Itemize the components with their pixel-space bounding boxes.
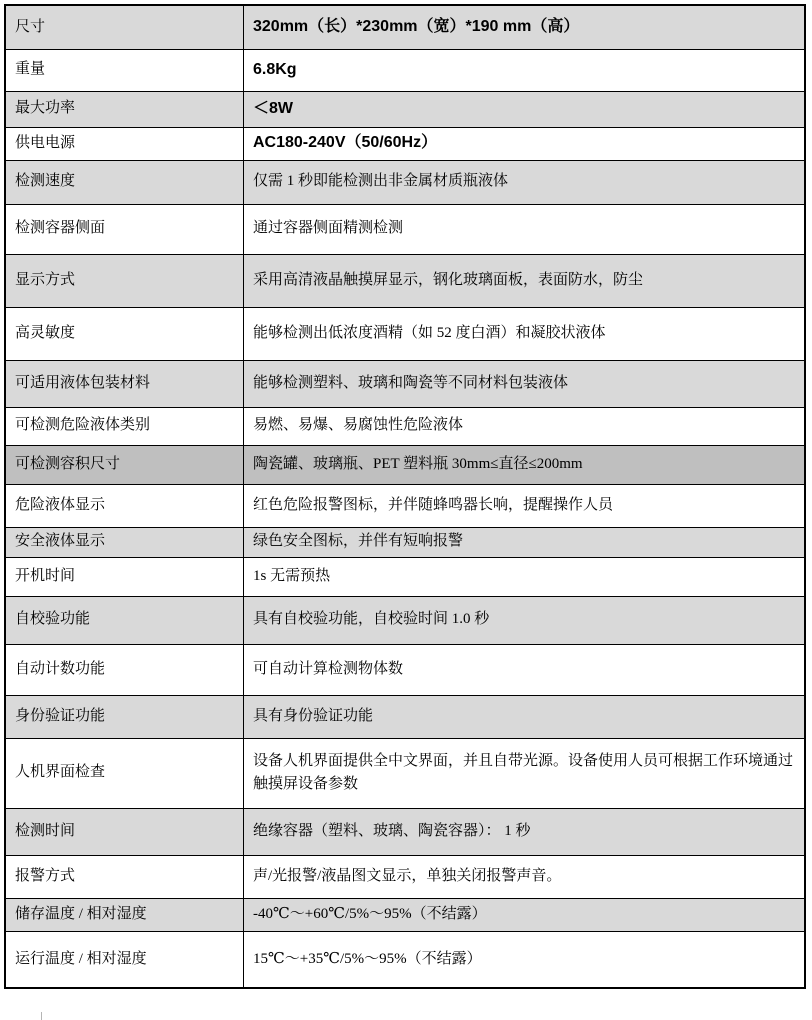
table-row: 最大功率＜8W [5,91,805,127]
table-row: 安全液体显示绿色安全图标，并伴有短响报警 [5,527,805,557]
spec-label-cell: 开机时间 [5,557,244,596]
spec-value-cell: 声/光报警/液晶图文显示，单独关闭报警声音。 [244,855,806,898]
table-row: 危险液体显示红色危险报警图标，并伴随蜂鸣器长响，提醒操作人员 [5,484,805,527]
table-row: 开机时间1s 无需预热 [5,557,805,596]
spec-label-cell: 可适用液体包装材料 [5,360,244,407]
spec-value-cell: 设备人机界面提供全中文界面，并且自带光源。设备使用人员可根据工作环境通过触摸屏设… [244,738,806,808]
table-row: 高灵敏度能够检测出低浓度酒精（如 52 度白酒）和凝胶状液体 [5,307,805,360]
table-row: 供电电源AC180-240V（50/60Hz） [5,127,805,160]
spec-label-cell: 供电电源 [5,127,244,160]
spec-label-cell: 自校验功能 [5,596,244,644]
table-row: 人机界面检查设备人机界面提供全中文界面，并且自带光源。设备使用人员可根据工作环境… [5,738,805,808]
spec-label-cell: 显示方式 [5,254,244,307]
spec-label-cell: 储存温度 / 相对湿度 [5,898,244,931]
spec-sheet: 尺寸320mm（长）*230mm（宽）*190 mm（高）重量6.8Kg最大功率… [0,0,812,1020]
spec-label-cell: 可检测容积尺寸 [5,445,244,484]
spec-label-cell: 高灵敏度 [5,307,244,360]
spec-label-cell: 检测时间 [5,808,244,855]
spec-label-cell: 自动计数功能 [5,644,244,695]
spec-value-cell: 1s 无需预热 [244,557,806,596]
spec-value-cell: -40℃～+60℃/5%～95%（不结露） [244,898,806,931]
spec-label-cell: 运行温度 / 相对湿度 [5,931,244,988]
spec-value-cell: 绝缘容器（塑料、玻璃、陶瓷容器）： 1 秒 [244,808,806,855]
table-row: 尺寸320mm（长）*230mm（宽）*190 mm（高） [5,5,805,49]
table-row: 报警方式声/光报警/液晶图文显示，单独关闭报警声音。 [5,855,805,898]
spec-value-cell: 6.8Kg [244,49,806,91]
spec-value-cell: 通过容器侧面精测检测 [244,204,806,254]
spec-label-cell: 报警方式 [5,855,244,898]
spec-value-cell: 仅需 1 秒即能检测出非金属材质瓶液体 [244,160,806,204]
spec-value-cell: ＜8W [244,91,806,127]
spec-label-cell: 检测速度 [5,160,244,204]
table-row: 重量6.8Kg [5,49,805,91]
spec-label-cell: 重量 [5,49,244,91]
spec-value-cell: AC180-240V（50/60Hz） [244,127,806,160]
table-row: 检测速度仅需 1 秒即能检测出非金属材质瓶液体 [5,160,805,204]
spec-value-cell: 能够检测出低浓度酒精（如 52 度白酒）和凝胶状液体 [244,307,806,360]
spec-label-cell: 安全液体显示 [5,527,244,557]
spec-value-cell: 具有自校验功能，自校验时间 1.0 秒 [244,596,806,644]
spec-label-cell: 可检测危险液体类别 [5,407,244,445]
table-row: 自动计数功能可自动计算检测物体数 [5,644,805,695]
table-row: 身份验证功能具有身份验证功能 [5,695,805,738]
spec-label-cell: 人机界面检查 [5,738,244,808]
spec-value-cell: 320mm（长）*230mm（宽）*190 mm（高） [244,5,806,49]
spec-label-cell: 检测容器侧面 [5,204,244,254]
spec-table: 尺寸320mm（长）*230mm（宽）*190 mm（高）重量6.8Kg最大功率… [4,4,806,989]
spec-value-cell: 易燃、易爆、易腐蚀性危险液体 [244,407,806,445]
spec-value-cell: 具有身份验证功能 [244,695,806,738]
page-margin-tick [41,1012,42,1020]
table-row: 可检测危险液体类别易燃、易爆、易腐蚀性危险液体 [5,407,805,445]
spec-value-cell: 15℃～+35℃/5%～95%（不结露） [244,931,806,988]
spec-value-cell: 可自动计算检测物体数 [244,644,806,695]
table-row: 储存温度 / 相对湿度-40℃～+60℃/5%～95%（不结露） [5,898,805,931]
spec-label-cell: 最大功率 [5,91,244,127]
spec-label-cell: 身份验证功能 [5,695,244,738]
table-row: 检测时间绝缘容器（塑料、玻璃、陶瓷容器）： 1 秒 [5,808,805,855]
spec-value-cell: 绿色安全图标，并伴有短响报警 [244,527,806,557]
spec-value-cell: 采用高清液晶触摸屏显示，钢化玻璃面板，表面防水，防尘 [244,254,806,307]
table-row: 显示方式采用高清液晶触摸屏显示，钢化玻璃面板，表面防水，防尘 [5,254,805,307]
table-row: 检测容器侧面通过容器侧面精测检测 [5,204,805,254]
spec-label-cell: 尺寸 [5,5,244,49]
table-row: 可适用液体包装材料能够检测塑料、玻璃和陶瓷等不同材料包装液体 [5,360,805,407]
table-row: 自校验功能具有自校验功能，自校验时间 1.0 秒 [5,596,805,644]
table-row: 运行温度 / 相对湿度15℃～+35℃/5%～95%（不结露） [5,931,805,988]
spec-value-cell: 能够检测塑料、玻璃和陶瓷等不同材料包装液体 [244,360,806,407]
table-row: 可检测容积尺寸陶瓷罐、玻璃瓶、PET 塑料瓶 30mm≤直径≤200mm [5,445,805,484]
spec-value-cell: 陶瓷罐、玻璃瓶、PET 塑料瓶 30mm≤直径≤200mm [244,445,806,484]
spec-value-cell: 红色危险报警图标，并伴随蜂鸣器长响，提醒操作人员 [244,484,806,527]
spec-table-body: 尺寸320mm（长）*230mm（宽）*190 mm（高）重量6.8Kg最大功率… [5,5,805,988]
spec-label-cell: 危险液体显示 [5,484,244,527]
